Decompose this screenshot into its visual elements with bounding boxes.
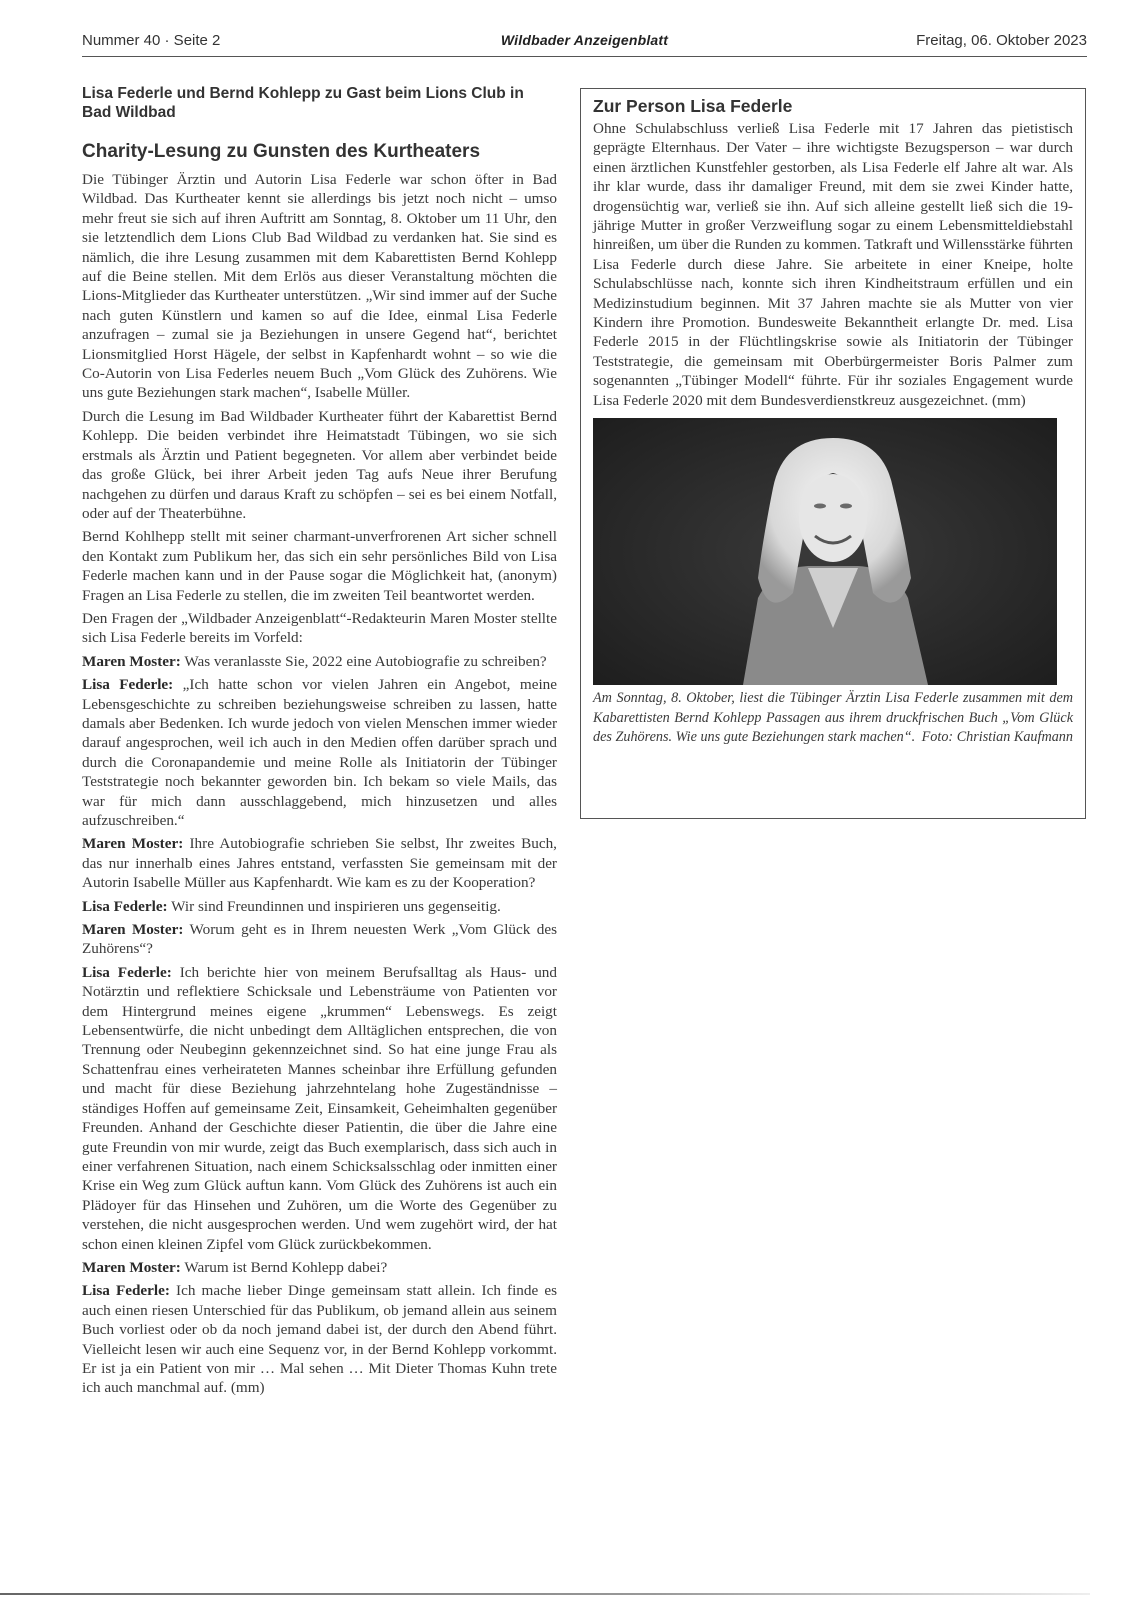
article-kicker: Lisa Federle und Bernd Kohlepp zu Gast b… <box>82 84 557 122</box>
interview-answer: Lisa Federle: Ich berichte hier von mein… <box>82 963 557 1254</box>
article-headline: Charity-Lesung zu Gunsten des Kurtheater… <box>82 140 557 164</box>
portrait-image-icon <box>593 418 1057 685</box>
page-header: Nummer 40 · Seite 2 Wildbader Anzeigenbl… <box>82 30 1087 57</box>
article-paragraph: Die Tübinger Ärztin und Autorin Lisa Fed… <box>82 170 557 403</box>
speaker-name: Lisa Federle: <box>82 898 168 915</box>
speaker-name: Lisa Federle: <box>82 964 172 981</box>
portrait-photo <box>593 418 1057 685</box>
interview-answer: Lisa Federle: Wir sind Freundinnen und i… <box>82 897 557 916</box>
article-paragraph: Bernd Kohlhepp stellt mit seiner charman… <box>82 527 557 605</box>
interview-answer: Lisa Federle: Ich mache lieber Dinge gem… <box>82 1281 557 1397</box>
photo-caption: Am Sonntag, 8. Oktober, liest die Tübing… <box>593 689 1073 748</box>
main-article: Lisa Federle und Bernd Kohlepp zu Gast b… <box>82 84 557 1402</box>
speaker-name: Lisa Federle: <box>82 1282 170 1299</box>
interview-question: Maren Moster: Ihre Autobiografie schrieb… <box>82 834 557 892</box>
speaker-name: Maren Moster: <box>82 1259 181 1276</box>
interview-text: Ich berichte hier von meinem Berufsallta… <box>82 964 557 1253</box>
interview-question: Maren Moster: Worum geht es in Ihrem neu… <box>82 920 557 959</box>
interview-question: Maren Moster: Was veranlasste Sie, 2022 … <box>82 652 557 671</box>
speaker-name: Lisa Federle: <box>82 676 173 693</box>
interview-text: Ich mache lieber Dinge gemeinsam statt a… <box>82 1282 557 1396</box>
page-bottom-rule <box>0 1593 1090 1595</box>
interview-text: „Ich hatte schon vor vielen Jahren ein A… <box>82 676 557 829</box>
speaker-name: Maren Moster: <box>82 921 183 938</box>
profile-box: Zur Person Lisa Federle Ohne Schulabschl… <box>580 88 1086 819</box>
interview-question: Maren Moster: Warum ist Bernd Kohlepp da… <box>82 1258 557 1277</box>
profile-box-text: Ohne Schulabschluss verließ Lisa Federle… <box>593 119 1073 410</box>
photo-credit: Foto: Christian Kaufmann <box>922 728 1073 748</box>
interview-text: Warum ist Bernd Kohlepp dabei? <box>181 1259 387 1276</box>
speaker-name: Maren Moster: <box>82 653 181 670</box>
interview-text: Was veranlasste Sie, 2022 eine Autobiogr… <box>181 653 547 670</box>
profile-box-title: Zur Person Lisa Federle <box>593 95 1073 117</box>
issue-date: Freitag, 06. Oktober 2023 <box>916 32 1087 49</box>
article-paragraph: Den Fragen der „Wildbader Anzeigenblatt“… <box>82 609 557 648</box>
speaker-name: Maren Moster: <box>82 835 183 852</box>
article-paragraph: Durch die Lesung im Bad Wildbader Kurthe… <box>82 407 557 523</box>
interview-text: Wir sind Freundinnen und inspirieren uns… <box>168 898 501 915</box>
interview-answer: Lisa Federle: „Ich hatte schon vor viele… <box>82 675 557 830</box>
